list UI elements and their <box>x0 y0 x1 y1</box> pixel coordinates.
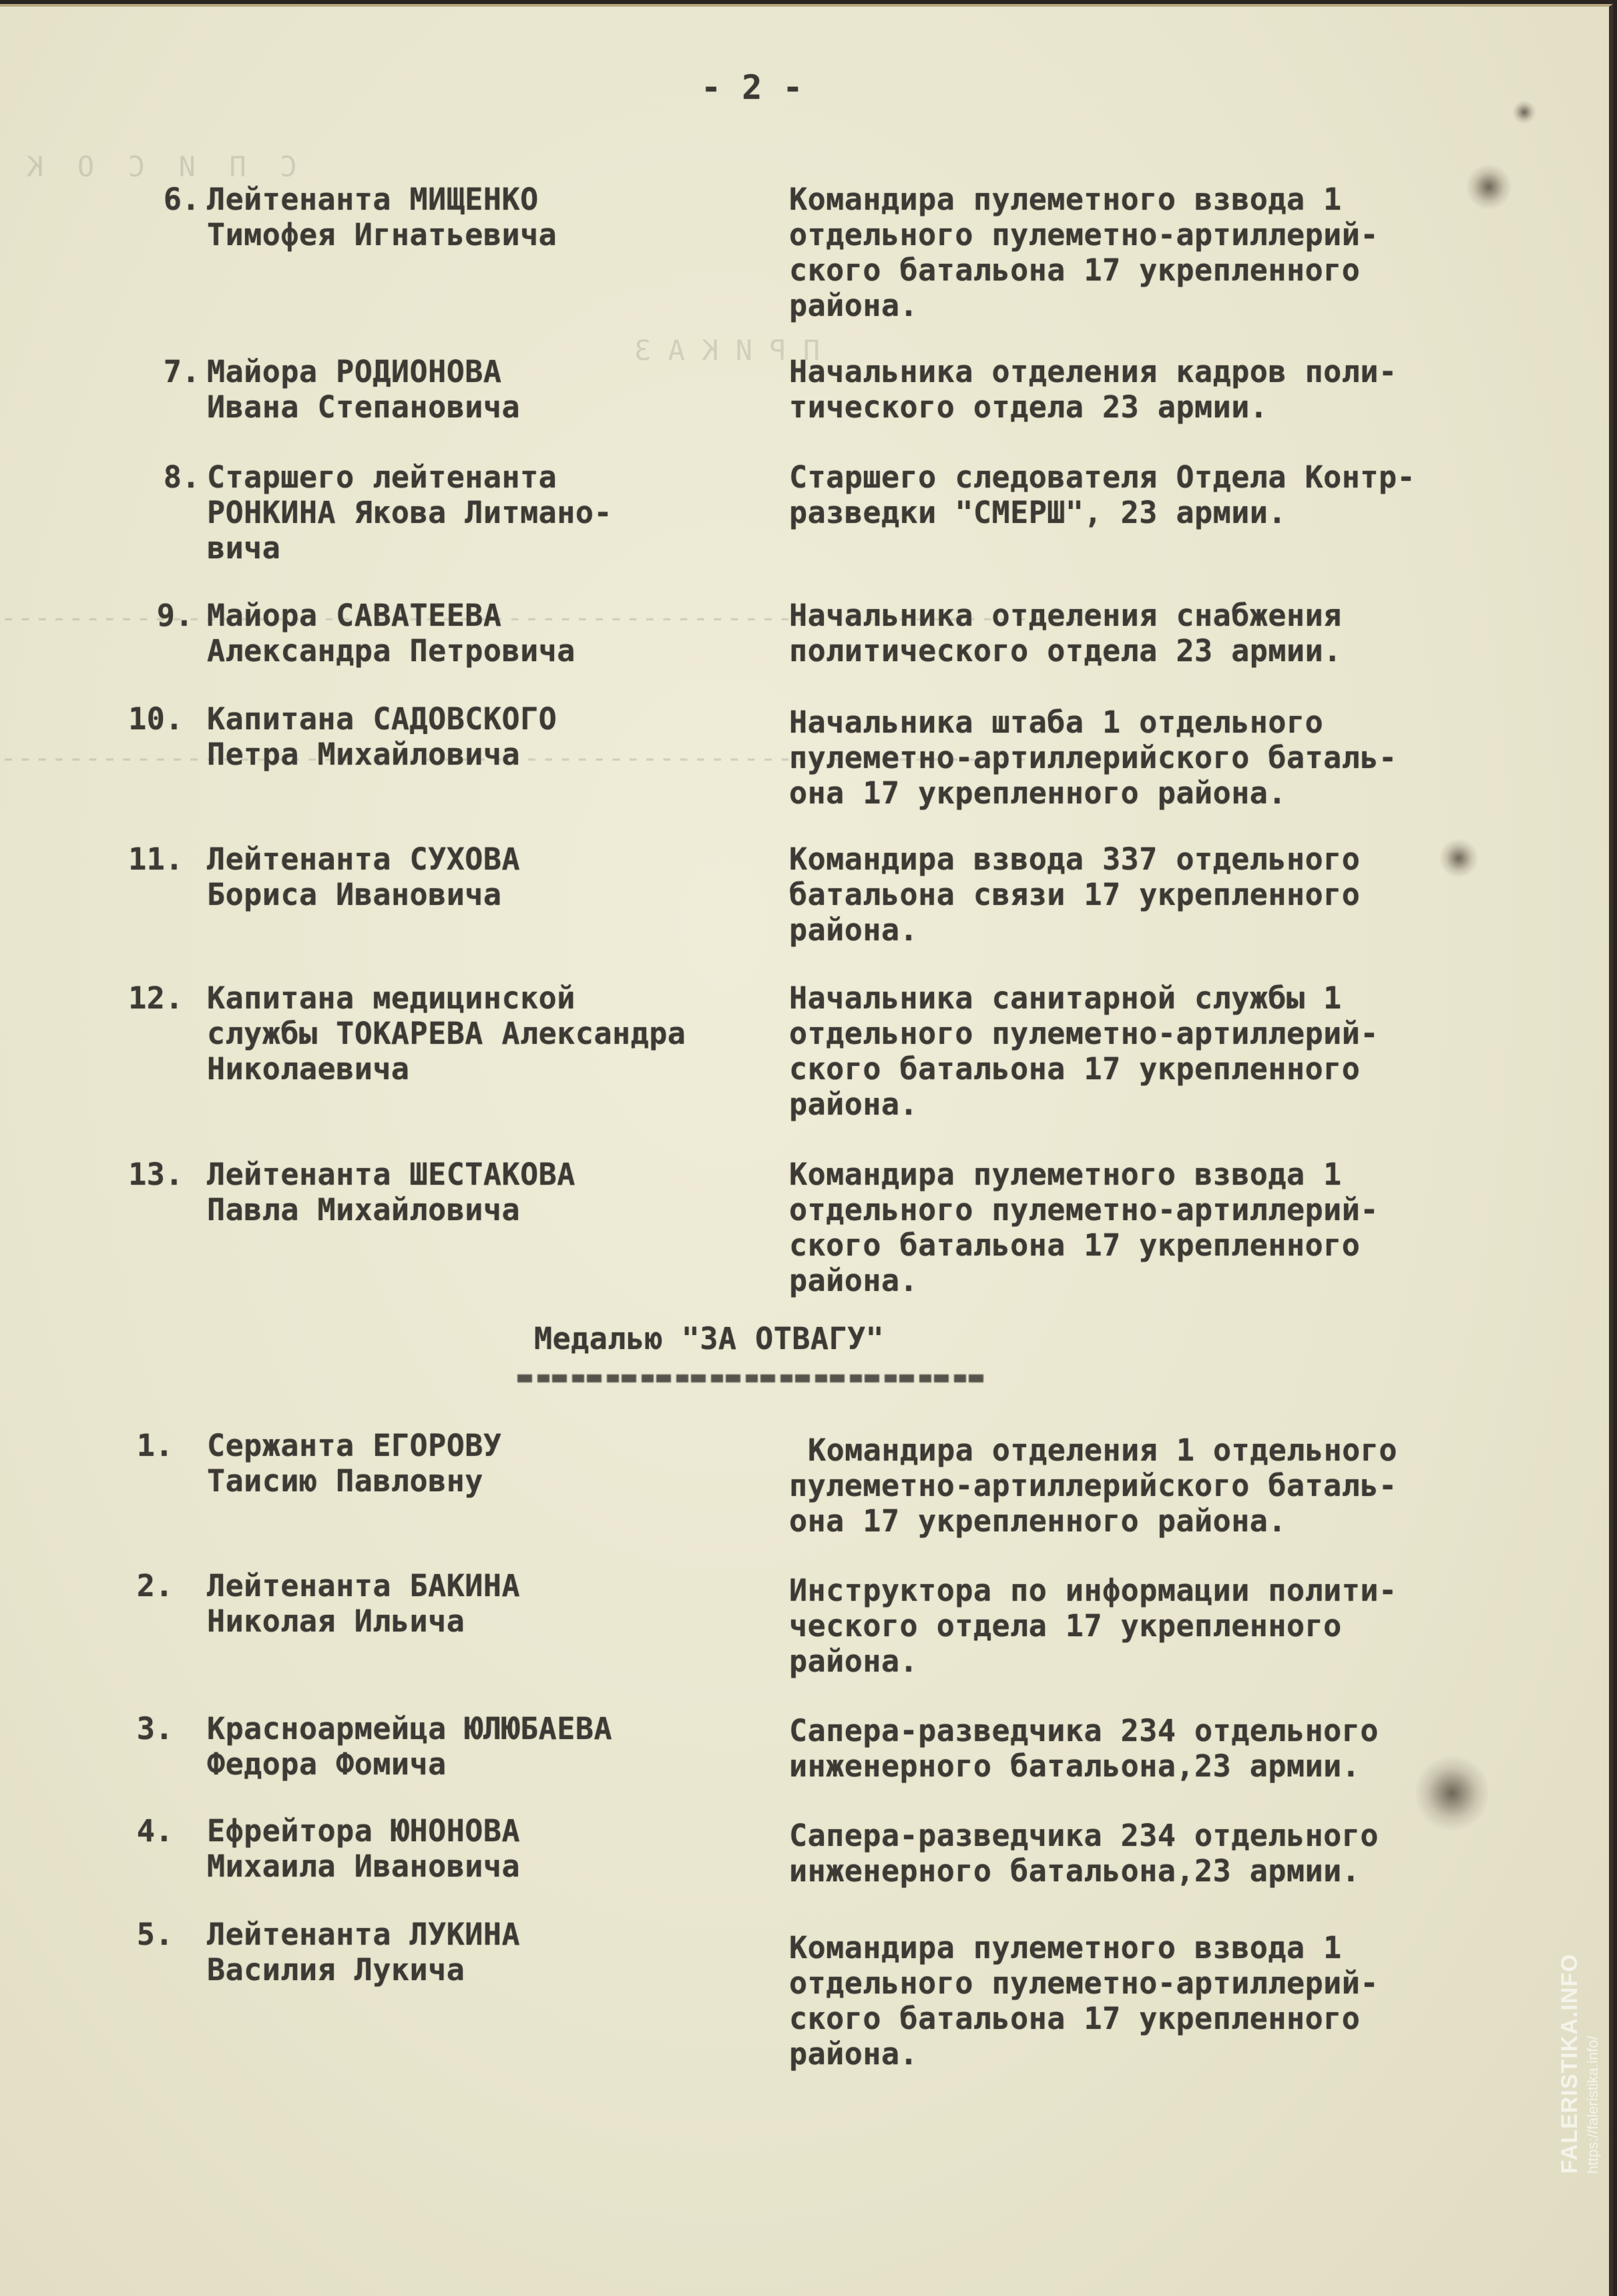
role-line: района. <box>789 912 1360 948</box>
entry-number: 12. <box>83 980 184 1016</box>
entry-role: Старшего следователя Отдела Контр- разве… <box>789 459 1415 530</box>
entry-name: Сержанта ЕГОРОВУ Таисию Павловну <box>207 1428 501 1499</box>
role-line: пулеметно-артиллерийского баталь- <box>789 740 1397 775</box>
name-line: Старшего лейтенанта <box>207 459 612 495</box>
entry-number: 10. <box>83 701 184 737</box>
name-line: Николаевича <box>207 1051 686 1087</box>
paper-hole-mark <box>1439 838 1479 878</box>
role-line: Командира пулеметного взвода 1 <box>789 1930 1379 1965</box>
role-line: Начальника отделения кадров поли- <box>789 354 1397 389</box>
entry-name: Майора САВАТЕЕВА Александра Петровича <box>207 598 575 668</box>
entry-name: Лейтенанта ЛУКИНА Василия Лукича <box>207 1917 520 1987</box>
entry-name: Старшего лейтенанта РОНКИНА Якова Литман… <box>207 459 612 566</box>
entry-name: Капитана САДОВСКОГО Петра Михайловича <box>207 701 557 772</box>
name-line: Лейтенанта БАКИНА <box>207 1568 520 1603</box>
entry-role: Командира пулеметного взвода 1 отдельног… <box>789 1157 1379 1298</box>
entry-number: 5. <box>73 1917 174 1952</box>
name-line: Лейтенанта СУХОВА <box>207 841 520 877</box>
watermark-title: FALERISTIKA.INFO <box>1557 1953 1583 2174</box>
role-line: ского батальона 17 укрепленного <box>789 2001 1379 2036</box>
entry-name: Лейтенанта ШЕСТАКОВА Павла Михайловича <box>207 1157 575 1227</box>
entry-number: 6. <box>100 182 200 217</box>
entry-name: Майора РОДИОНОВА Ивана Степановича <box>207 354 520 425</box>
name-line: Михаила Ивановича <box>207 1849 520 1884</box>
entry-name: Ефрейтора ЮНОНОВА Михаила Ивановича <box>207 1813 520 1884</box>
name-line: Петра Михайловича <box>207 737 557 772</box>
entry-name: Лейтенанта СУХОВА Бориса Ивановича <box>207 841 520 912</box>
name-line: Красноармейца ЮЛЮБАЕВА <box>207 1711 612 1746</box>
entry-number: 4. <box>73 1813 174 1849</box>
entry-role: Сапера-разведчика 234 отдельного инженер… <box>789 1818 1379 1889</box>
entry-name: Красноармейца ЮЛЮБАЕВА Федора Фомича <box>207 1711 612 1782</box>
role-line: ского батальона 17 укрепленного <box>789 252 1379 288</box>
role-line: района. <box>789 288 1379 323</box>
page-number: - 2 - <box>701 70 803 106</box>
name-line: Ефрейтора ЮНОНОВА <box>207 1813 520 1849</box>
name-line: РОНКИНА Якова Литмано- <box>207 495 612 530</box>
name-line: Бориса Ивановича <box>207 877 520 912</box>
role-line: разведки "СМЕРШ", 23 армии. <box>789 495 1415 530</box>
role-line: района. <box>789 1087 1379 1122</box>
entry-number: 13. <box>83 1157 184 1192</box>
role-line: отдельного пулеметно-артиллерий- <box>789 1965 1379 2001</box>
bleed-through-text: С П И С О К <box>27 150 297 183</box>
role-line: тического отдела 23 армии. <box>789 389 1397 425</box>
name-line: Ивана Степановича <box>207 389 520 425</box>
role-line: ческого отдела 17 укрепленного <box>789 1608 1397 1644</box>
entry-number: 9. <box>93 598 194 633</box>
role-line: она 17 укрепленного района. <box>789 775 1397 811</box>
role-line: Сапера-разведчика 234 отдельного <box>789 1713 1379 1748</box>
entry-role: Командира пулеметного взвода 1 отдельног… <box>789 1930 1379 2072</box>
role-line: Командира пулеметного взвода 1 <box>789 182 1379 217</box>
role-line: Командира отделения 1 отдельного <box>808 1432 1397 1468</box>
role-line: Начальника штаба 1 отдельного <box>789 705 1397 740</box>
name-line: Таисию Павловну <box>207 1463 501 1499</box>
entry-number: 8. <box>100 459 200 495</box>
entry-name: Лейтенанта МИЩЕНКО Тимофея Игнатьевича <box>207 182 557 252</box>
role-line: инженерного батальона,23 армии. <box>789 1748 1379 1784</box>
paper-hole-mark <box>1465 164 1512 210</box>
name-line: службы ТОКАРЕВА Александра <box>207 1016 686 1051</box>
document-page: С П И С О К П Р И К А З ----------------… <box>0 4 1613 2296</box>
entry-number: 3. <box>73 1711 174 1746</box>
role-line: батальона связи 17 укрепленного <box>789 877 1360 912</box>
name-line: Лейтенанта ЛУКИНА <box>207 1917 520 1952</box>
entry-name: Капитана медицинской службы ТОКАРЕВА Але… <box>207 980 686 1087</box>
role-line: она 17 укрепленного района. <box>789 1503 1397 1539</box>
entry-number: 11. <box>83 841 184 877</box>
role-line: пулеметно-артиллерийского баталь- <box>789 1468 1397 1503</box>
role-line: Старшего следователя Отдела Контр- <box>789 459 1415 495</box>
name-line: Александра Петровича <box>207 633 575 668</box>
role-line: Командира пулеметного взвода 1 <box>789 1157 1379 1192</box>
role-line: отдельного пулеметно-артиллерий- <box>789 1192 1379 1227</box>
site-watermark: FALERISTIKA.INFO https://faleristika.inf… <box>1557 1953 1602 2174</box>
role-line: Инструктора по информации полити- <box>789 1573 1397 1608</box>
role-line: Начальника отделения снабжения <box>789 598 1342 633</box>
role-line: политического отдела 23 армии. <box>789 633 1342 668</box>
role-line: Командира взвода 337 отдельного <box>789 841 1360 877</box>
entry-role: Начальника отделения кадров поли- тическ… <box>789 354 1397 425</box>
entry-number: 7. <box>100 354 200 389</box>
name-line: Майора САВАТЕЕВА <box>207 598 575 633</box>
name-line: Лейтенанта ШЕСТАКОВА <box>207 1157 575 1192</box>
name-line: Василия Лукича <box>207 1952 520 1987</box>
role-line: отдельного пулеметно-артиллерий- <box>789 217 1379 252</box>
section-heading-medal-for-courage: Медалью "ЗА ОТВАГУ" <box>534 1321 884 1356</box>
role-line: района. <box>789 2036 1379 2072</box>
entry-role: Начальника штаба 1 отдельного пулеметно-… <box>789 705 1397 811</box>
role-line: инженерного батальона,23 армии. <box>789 1853 1379 1889</box>
role-line: Начальника санитарной службы 1 <box>789 980 1379 1016</box>
name-line: Сержанта ЕГОРОВУ <box>207 1428 501 1463</box>
role-line: ского батальона 17 укрепленного <box>789 1051 1379 1087</box>
role-line: отдельного пулеметно-артиллерий- <box>789 1016 1379 1051</box>
entry-role: Инструктора по информации полити- ческог… <box>789 1573 1397 1679</box>
name-line: Николая Ильича <box>207 1603 520 1639</box>
entry-number: 1. <box>73 1428 174 1463</box>
entry-role: Командира пулеметного взвода 1 отдельног… <box>789 182 1379 323</box>
name-line: вича <box>207 530 612 566</box>
role-line: ского батальона 17 укрепленного <box>789 1227 1379 1263</box>
entry-role: Командира взвода 337 отдельного батальон… <box>789 841 1360 948</box>
name-line: Павла Михайловича <box>207 1192 575 1227</box>
paper-hole-mark <box>1512 100 1536 124</box>
entry-role: Начальника санитарной службы 1 отдельног… <box>789 980 1379 1122</box>
section-underline <box>517 1374 988 1382</box>
entry-role: Начальника отделения снабжения политичес… <box>789 598 1342 668</box>
name-line: Тимофея Игнатьевича <box>207 217 557 252</box>
role-line: района. <box>789 1644 1397 1679</box>
role-line: района. <box>789 1263 1379 1298</box>
name-line: Капитана САДОВСКОГО <box>207 701 557 737</box>
watermark-url: https://faleristika.info/ <box>1584 1953 1602 2174</box>
entry-number: 2. <box>73 1568 174 1603</box>
entry-role: Сапера-разведчика 234 отдельного инженер… <box>789 1713 1379 1784</box>
name-line: Лейтенанта МИЩЕНКО <box>207 182 557 217</box>
name-line: Капитана медицинской <box>207 980 686 1016</box>
ink-stain <box>1415 1753 1489 1833</box>
role-line: Сапера-разведчика 234 отдельного <box>789 1818 1379 1853</box>
entry-role: Командира отделения 1 отдельного пулемет… <box>808 1432 1397 1539</box>
name-line: Майора РОДИОНОВА <box>207 354 520 389</box>
name-line: Федора Фомича <box>207 1746 612 1782</box>
entry-name: Лейтенанта БАКИНА Николая Ильича <box>207 1568 520 1639</box>
